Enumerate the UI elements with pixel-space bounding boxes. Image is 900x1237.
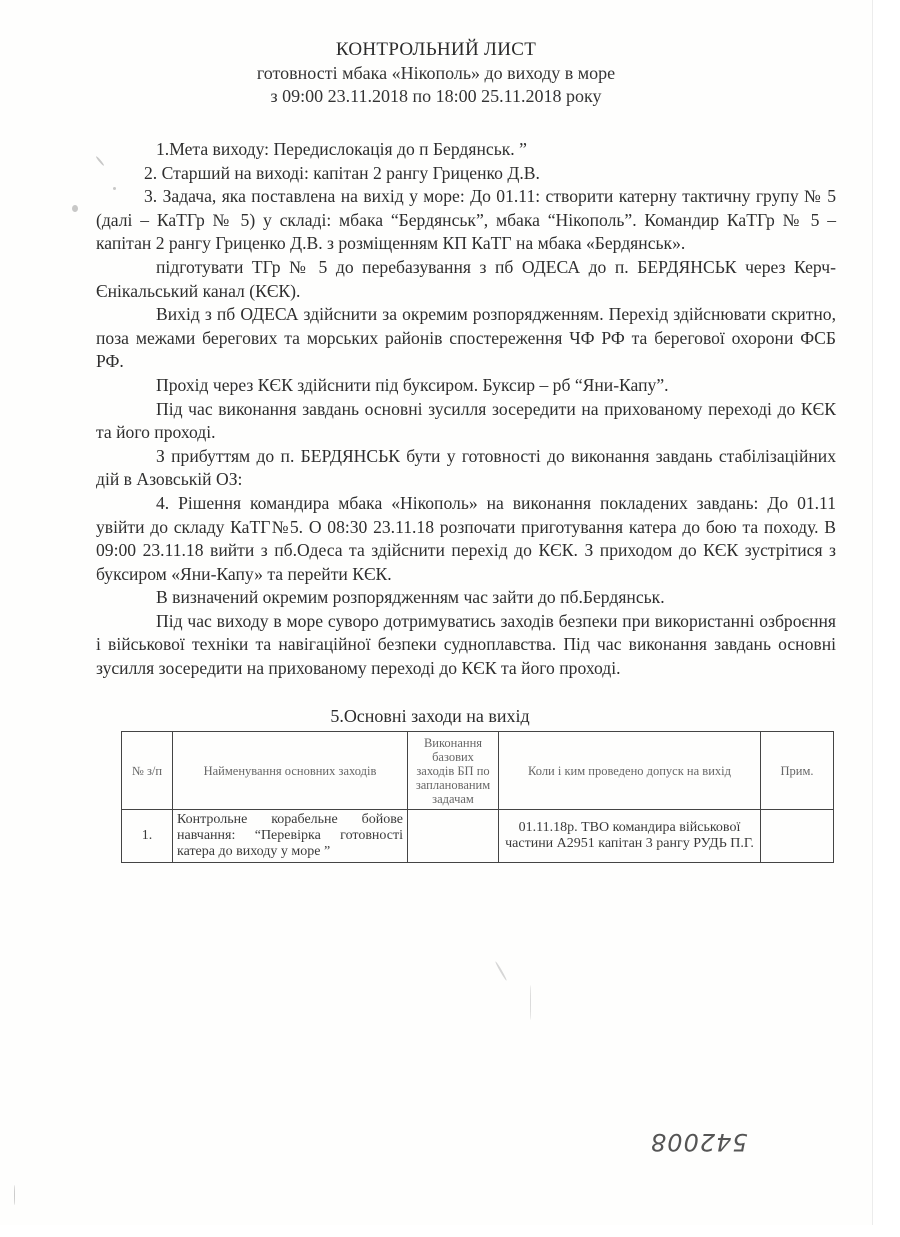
table-header-row: № з/п Найменування основних заходів Вико… — [122, 732, 834, 810]
cell-measure-name: Контрольне корабельне бойове навчання: “… — [173, 810, 408, 863]
paragraph-passage: Прохід через КЄК здійснити під буксиром.… — [96, 374, 836, 398]
paragraph-arrival: З прибуттям до п. БЕРДЯНСЬК бути у готов… — [96, 445, 836, 492]
cell-note — [761, 810, 834, 863]
cell-number: 1. — [122, 810, 173, 863]
handwritten-note: 542008 — [650, 1128, 748, 1156]
paragraph-decision: 4. Рішення командира мбака «Нікополь» на… — [96, 492, 836, 586]
header-clearance: Коли і ким проведено допуск на вихід — [499, 732, 761, 810]
paragraph-prepare: підготувати ТГр № 5 до перебазування з п… — [96, 256, 836, 303]
header-number: № з/п — [122, 732, 173, 810]
document-period: з 09:00 23.11.2018 по 18:00 25.11.2018 р… — [0, 85, 872, 108]
paragraph-task: 3. Задача, яка поставлена на вихід у мор… — [96, 185, 836, 256]
document-body: 1.Мета виходу: Передислокація до п Бердя… — [96, 138, 836, 681]
document-header: КОНТРОЛЬНИЙ ЛИСТ готовності мбака «Нікоп… — [0, 38, 872, 108]
paragraph-focus: Під час виконання завдань основні зусилл… — [96, 398, 836, 445]
document-subtitle: готовності мбака «Нікополь» до виходу в … — [0, 62, 872, 85]
table-row: 1. Контрольне корабельне бойове навчання… — [122, 810, 834, 863]
scanned-page: КОНТРОЛЬНИЙ ЛИСТ готовності мбака «Нікоп… — [0, 0, 873, 1225]
document-title: КОНТРОЛЬНИЙ ЛИСТ — [0, 38, 872, 62]
paragraph-safety: Під час виходу в море суворо дотримувати… — [96, 610, 836, 681]
scan-mark — [14, 1185, 15, 1205]
scan-mark — [495, 961, 508, 981]
measures-table: № з/п Найменування основних заходів Вико… — [121, 731, 834, 863]
scan-mark — [72, 205, 78, 212]
scan-mark — [530, 985, 531, 1020]
paragraph-senior: 2. Старший на виході: капітан 2 рангу Гр… — [96, 162, 836, 186]
header-execution: Виконання базових заходів БП по запланов… — [408, 732, 499, 810]
paragraph-goal: 1.Мета виходу: Передислокація до п Бердя… — [96, 138, 836, 162]
cell-clearance: 01.11.18р. ТВО командира військової част… — [499, 810, 761, 863]
header-note: Прим. — [761, 732, 834, 810]
cell-execution — [408, 810, 499, 863]
section-5-title: 5.Основні заходи на вихід — [0, 706, 860, 727]
paragraph-entry: В визначений окремим розпорядженням час … — [96, 586, 836, 610]
paragraph-departure: Вихід з пб ОДЕСА здійснити за окремим ро… — [96, 303, 836, 374]
header-measure-name: Найменування основних заходів — [173, 732, 408, 810]
